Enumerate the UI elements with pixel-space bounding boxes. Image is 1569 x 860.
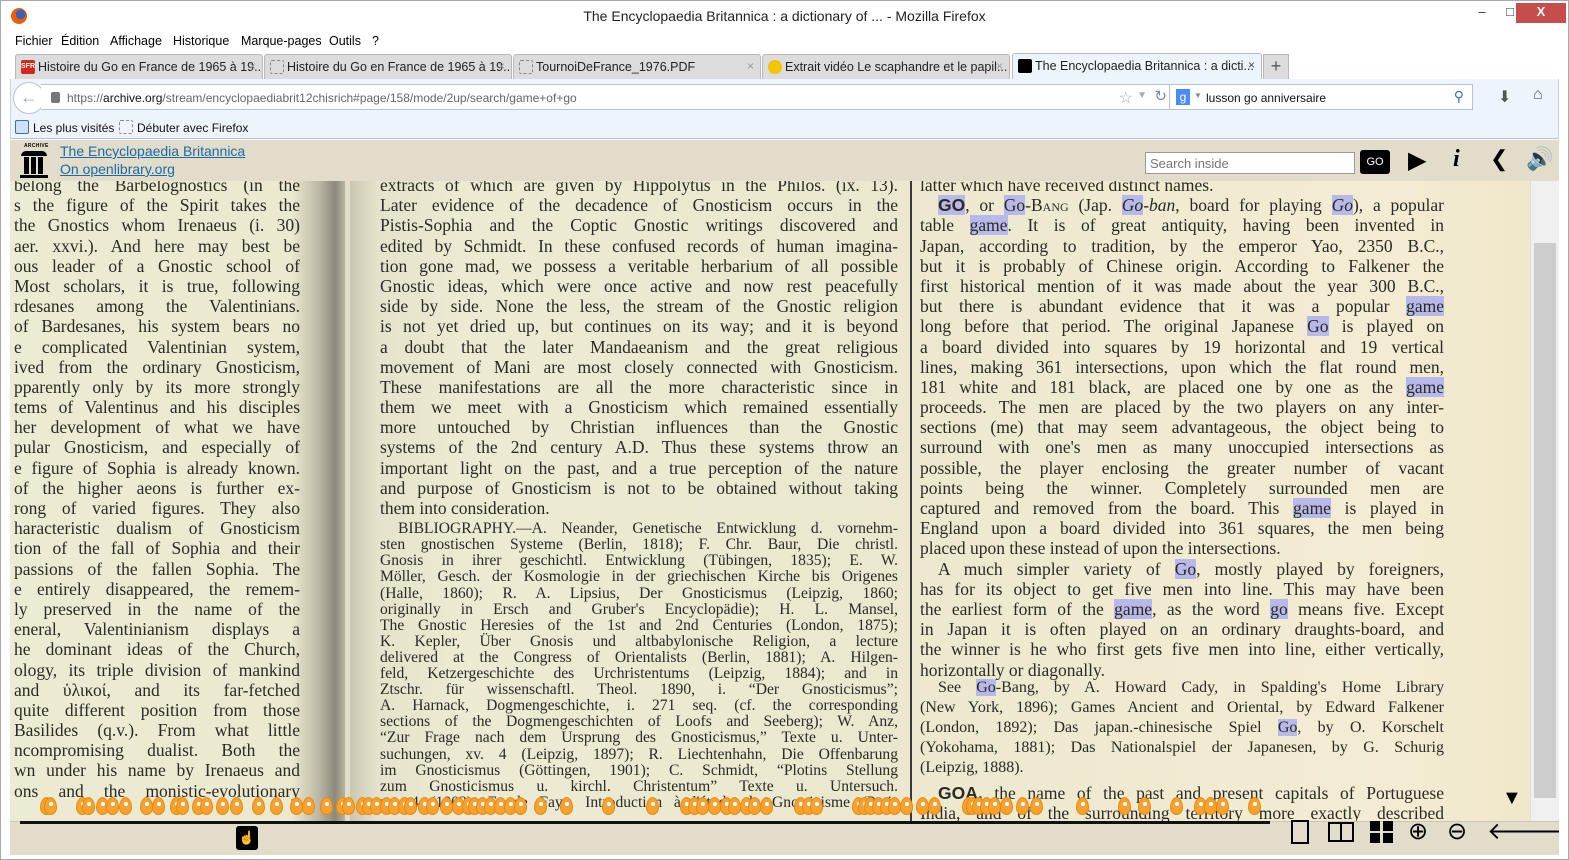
history-dropdown-icon[interactable]: ▼	[1137, 90, 1147, 101]
go-button[interactable]: GO	[1360, 150, 1390, 174]
search-result-marker[interactable]	[44, 797, 57, 815]
page-line: lines, making 361 intersections, upon wh…	[920, 357, 1444, 377]
close-window-button[interactable]: X	[1516, 3, 1566, 23]
archive-icon	[1018, 59, 1032, 73]
page-line: tion of the fall of Sophia and their	[14, 538, 300, 558]
search-value: lusson go anniversaire	[1206, 91, 1326, 105]
bookmarks-toolbar: Les plus visités Débuter avec Firefox	[10, 116, 1559, 139]
search-result-marker[interactable]	[119, 797, 132, 815]
search-result-marker[interactable]	[404, 797, 417, 815]
lock-icon	[51, 92, 60, 103]
page-line: s the figure of the Spirit takes the	[14, 195, 300, 215]
page-line: but there is abundant evidence that it w…	[920, 296, 1444, 316]
search-result-marker[interactable]	[1016, 797, 1029, 815]
k-icon	[768, 60, 782, 74]
audio-icon[interactable]: 🔊	[1526, 146, 1553, 172]
page-line: These manifestations are all the more ch…	[380, 377, 898, 397]
search-icon[interactable]: ⚲	[1454, 88, 1464, 105]
page-line: Most scholars, it is true, following	[14, 276, 300, 296]
menu-fichier[interactable]: Fichier	[15, 34, 53, 48]
page-line: points being the winner. Completely surr…	[920, 478, 1444, 498]
search-result-marker[interactable]	[426, 797, 439, 815]
download-icon[interactable]: ⬇	[1498, 87, 1511, 107]
page-line: K. Kepler, Über Gnosis und altbabylonisc…	[380, 634, 898, 650]
openlibrary-link[interactable]: On openlibrary.org	[60, 160, 175, 178]
page-line: is not yet dried up, but continues on it…	[380, 316, 898, 336]
search-result-marker[interactable]	[1170, 797, 1183, 815]
page-line: pular Gnosticism, and especially of	[14, 437, 300, 457]
page-line: Japan, according to tradition, by the em…	[920, 236, 1444, 256]
reload-icon[interactable]: ↻	[1154, 87, 1167, 105]
page-line: movement of Mani are most closely connec…	[380, 357, 898, 377]
search-result-marker[interactable]	[1248, 797, 1261, 815]
page-line: originally in Ersch and Gruber's Encyclo…	[380, 602, 898, 618]
tab-histoire-go-2[interactable]: Histoire du Go en France de 1965 à 19...…	[264, 54, 512, 79]
minimize-button[interactable]: –	[1469, 3, 1495, 23]
page-line: quite different position from those	[14, 700, 300, 720]
page-line: zum Gnosticismus u. kirchl. Christentum”…	[380, 779, 898, 795]
url-path: /stream/encyclopaediabrit12chisrich#page…	[162, 91, 576, 105]
page-line: haracteristic dualism of Gnosticism	[14, 518, 300, 538]
page-line: them we meet with a Gnosticism which rem…	[380, 397, 898, 417]
page-line: the Gnostics whom Irenaeus (i. 30)	[14, 215, 300, 235]
two-page-view-icon[interactable]	[1328, 822, 1354, 842]
tab-label: Extrait vidéo Le scaphandre et le papil.…	[785, 60, 1007, 74]
page-line: proceeds. The men are placed by the two …	[920, 397, 1444, 417]
page-line: (New York, 1896); Games Ancient and Orie…	[920, 700, 1444, 720]
url-bar[interactable]: https://archive.org/stream/encyclopaedia…	[41, 84, 1176, 110]
search-result-marker[interactable]	[106, 797, 119, 815]
right-page-text: latter which have received distinct name…	[920, 181, 1444, 821]
close-tab-icon[interactable]: ×	[1248, 58, 1255, 72]
toolbar-toggle-arrow-icon[interactable]: ▼	[1502, 787, 1522, 810]
page-line: ived from the ordinary Gnosticism,	[14, 357, 300, 377]
page-line: im Gnosticismus (Göttingen, 1901); C. Sc…	[380, 763, 898, 779]
page-line: Pistis-Sophia and the Coptic Gnostic wri…	[380, 215, 898, 235]
close-tab-icon[interactable]: ×	[498, 59, 505, 73]
search-result-marker[interactable]	[514, 797, 527, 815]
google-icon[interactable]: g	[1176, 89, 1190, 105]
page-line: e figure of Sophia is already known.	[14, 458, 300, 478]
page-line: rong of varied figures. They also	[14, 498, 300, 518]
page-line: the earliest form of the game, as the wo…	[920, 599, 1444, 619]
title-bar: The Encyclopaedia Britannica : a diction…	[1, 1, 1568, 31]
page-line: her development of what we have	[14, 417, 300, 437]
bookmark-label: Débuter avec Firefox	[137, 121, 248, 135]
search-result-marker[interactable]	[1030, 797, 1043, 815]
page-line: systems of the 2nd century A.D. Thus the…	[380, 437, 898, 457]
page-line: sections (me) that may seem advantageous…	[920, 417, 1444, 437]
page-line: a board divided into squares by 19 horiz…	[920, 337, 1444, 357]
page-line: Basilides (q.v.). From what little	[14, 720, 300, 740]
zoom-out-icon[interactable]: ⊖	[1447, 820, 1467, 844]
tab-encyclopaedia[interactable]: The Encyclopaedia Britannica : a dicti..…	[1012, 53, 1262, 80]
page-line: table game. It is of great antiquity, ha…	[920, 215, 1444, 235]
page-line: ncompromising dualist. Both the	[14, 740, 300, 760]
most-visited-icon	[15, 120, 29, 134]
page-line: of Bardesanes, his system bears no	[14, 316, 300, 336]
page-line: captured and removed from the board. Thi…	[920, 498, 1444, 518]
menu-historique[interactable]: Historique	[173, 34, 229, 48]
page-line: suchungen, xv. 4 (Leipzig, 1897); R. Lie…	[380, 747, 898, 763]
page-line: rdesanes among the Valentinians.	[14, 296, 300, 316]
left-page: belong the Barbelognostics (in thes the …	[10, 181, 345, 821]
page-line: surround with one's men as many unoccupi…	[920, 437, 1444, 457]
search-result-marker[interactable]	[302, 797, 315, 815]
page-line: Later evidence of the decadence of Gnost…	[380, 195, 898, 215]
page-line: (Yokohama, 1881); Das Nationalspiel der …	[920, 740, 1444, 760]
menu-marque-pages[interactable]: Marque-pages	[241, 34, 322, 48]
page-line: passions of the fallen Sophia. The	[14, 559, 300, 579]
blank-page-icon	[119, 120, 133, 134]
tab-label: TournoiDeFrance_1976.PDF	[536, 60, 695, 74]
search-result-marker[interactable]	[1138, 797, 1151, 815]
page-line: sections of the Dogmengeschichten of Loo…	[380, 714, 898, 730]
page-content: ARCHIVE The Encyclopaedia Britannica On …	[10, 140, 1559, 855]
search-result-marker[interactable]	[216, 797, 229, 815]
page-line: and purpose of Gnosticism is not to be o…	[380, 478, 898, 498]
tab-extrait-video[interactable]: Extrait vidéo Le scaphandre et le papil.…	[762, 54, 1010, 79]
search-bar[interactable]: g ▼ lusson go anniversaire ⚲	[1169, 84, 1473, 110]
search-result-marker[interactable]	[320, 797, 333, 815]
firefox-window: The Encyclopaedia Britannica : a diction…	[0, 0, 1569, 860]
home-icon[interactable]: ⌂	[1533, 86, 1543, 104]
search-result-marker[interactable]	[1076, 797, 1089, 815]
page-line: A much simpler variety of Go, mostly pla…	[920, 559, 1444, 579]
page-line: (Leipzig, 1888).	[920, 760, 1444, 780]
search-result-marker[interactable]	[602, 797, 615, 815]
tab-label: Histoire du Go en France de 1965 à 19...	[287, 60, 512, 74]
page-line: sten gnostischen Systeme (Berlin, 1818);…	[380, 537, 898, 553]
thumbnail-view-icon[interactable]	[1370, 821, 1394, 843]
search-inside-input[interactable]	[1145, 152, 1355, 174]
menu-help[interactable]: ?	[372, 34, 379, 48]
page-line: tems of Valentinus and his disciples	[14, 397, 300, 417]
page-line: edited by Schmidt. In these confused rec…	[380, 236, 898, 256]
search-result-marker[interactable]	[646, 797, 659, 815]
search-result-marker[interactable]	[534, 797, 547, 815]
page-line: England upon a board divided into 361 sq…	[920, 518, 1444, 538]
search-result-marker[interactable]	[270, 797, 283, 815]
bookmark-star-icon[interactable]: ☆	[1119, 88, 1133, 108]
search-result-marker[interactable]	[1118, 797, 1131, 815]
page-line: eneral, Valentinianism displays a	[14, 619, 300, 639]
blank-page-icon	[270, 60, 284, 74]
page-line: e complicated Valentinian system,	[14, 337, 300, 357]
share-icon[interactable]: ❮	[1490, 146, 1508, 172]
page-line: and ὑλικοί, and its far-fetched	[14, 680, 300, 700]
page-slider-handle[interactable]: ☝	[236, 826, 258, 850]
page-line: “Zur Frage nach dem Ursprung des Gnostic…	[380, 730, 898, 746]
tab-strip: SFR Histoire du Go en France de 1965 à 1…	[1, 53, 1568, 79]
menu-affichage[interactable]: Affichage	[110, 34, 162, 48]
bibliography: BIBLIOGRAPHY.—A. Neander, Genetische Ent…	[380, 521, 898, 811]
page-line: first historical mention of it was made …	[920, 276, 1444, 296]
page-slider-track[interactable]	[20, 821, 1270, 824]
page-line: latter which have received distinct name…	[920, 181, 1444, 195]
page-line: side by side. None the less, the stream …	[380, 296, 898, 316]
page-line: See Go-Bang, by A. Howard Cady, in Spald…	[920, 680, 1444, 700]
search-result-marker[interactable]	[82, 797, 95, 815]
search-result-marker[interactable]	[760, 797, 773, 815]
menu-outils[interactable]: Outils	[329, 34, 361, 48]
page-line: the winner is he who first gets five men…	[920, 639, 1444, 659]
url-prefix: https://	[67, 91, 103, 105]
tab-label: The Encyclopaedia Britannica : a dicti..…	[1035, 59, 1254, 73]
blank-page-icon	[519, 60, 533, 74]
page-line: Gnosis in ihrer geschichtl. Entwicklung …	[380, 553, 898, 569]
bookreader-header: ARCHIVE The Encyclopaedia Britannica On …	[10, 140, 1559, 181]
next-page-icon[interactable]: 🡒	[1526, 820, 1559, 844]
page-line: pparently only by its more strongly	[14, 377, 300, 397]
page-line: (Halle, 1860); R. A. Lipsius, Der Gnosti…	[380, 586, 898, 602]
zoom-in-icon[interactable]: ⊕	[1408, 820, 1428, 844]
right-page: latter which have received distinct name…	[910, 181, 1530, 821]
search-result-marker[interactable]	[560, 797, 573, 815]
page-line: belong the Barbelognostics (in the	[14, 181, 300, 195]
close-tab-icon[interactable]: ×	[249, 59, 256, 73]
middle-page: extracts of which are given by Hippolytu…	[350, 181, 910, 821]
sfr-icon: SFR	[21, 60, 35, 74]
close-tab-icon[interactable]: ×	[996, 59, 1003, 73]
page-line: has for its object to get five men into …	[920, 579, 1444, 599]
tab-label: Histoire du Go en France de 1965 à 19...	[38, 60, 263, 74]
navigation-bar: ← https://archive.org/stream/encyclopaed…	[10, 79, 1559, 116]
menu-edition[interactable]: Édition	[61, 34, 99, 48]
search-result-marker[interactable]	[1216, 797, 1229, 815]
page-line: ous leader of a Gnostic school of	[14, 256, 300, 276]
play-icon[interactable]: ▶	[1408, 146, 1426, 175]
page-line: horizontally or diagonally.	[920, 660, 1444, 680]
vertical-scrollbar[interactable]	[1530, 181, 1559, 821]
one-page-view-icon[interactable]	[1291, 820, 1309, 844]
page-line: long before that period. The original Ja…	[920, 316, 1444, 336]
page-line: but it is probably of Chinese origin. Ac…	[920, 256, 1444, 276]
page-line: Ztschr. für wissenschaftl. Theol. 1890, …	[380, 682, 898, 698]
search-result-marker[interactable]	[810, 797, 823, 815]
page-line: extracts of which are given by Hippolytu…	[380, 181, 898, 195]
search-result-marker[interactable]	[152, 797, 165, 815]
tab-histoire-go-1[interactable]: SFR Histoire du Go en France de 1965 à 1…	[15, 54, 263, 79]
page-line: (London, 1892); Das japan.-chinesische S…	[920, 720, 1444, 740]
search-result-marker[interactable]	[230, 797, 243, 815]
page-line: Möller, Gesch. der Kosmologie in der gri…	[380, 569, 898, 585]
page-line: them into consideration.	[380, 498, 898, 518]
bookmark-most-visited[interactable]: Les plus visités	[13, 121, 114, 135]
page-line: of the higher aeons is further ex-	[14, 478, 300, 498]
tab-tournoi-pdf[interactable]: TournoiDeFrance_1976.PDF ×	[513, 54, 761, 79]
page-line: feld, Ketzergeschichte des Urchristentum…	[380, 666, 898, 682]
page-line: placed upon these instead of upon the in…	[920, 538, 1444, 558]
middle-page-text: extracts of which are given by Hippolytu…	[380, 181, 898, 811]
page-line: more untouched by Christian influences t…	[380, 417, 898, 437]
book-title-link[interactable]: The Encyclopaedia Britannica	[60, 142, 245, 160]
search-result-marker[interactable]	[342, 797, 355, 815]
search-result-marker[interactable]	[176, 797, 189, 815]
page-line: aer. xxvi.). And here may best be	[14, 236, 300, 256]
page-line: BIBLIOGRAPHY.—A. Neander, Genetische Ent…	[380, 521, 898, 537]
search-result-marker[interactable]	[200, 797, 213, 815]
page-line: ly preserved in the name of the	[14, 599, 300, 619]
engine-dropdown-icon[interactable]: ▼	[1194, 91, 1202, 100]
page-line: 181 white and 181 black, are placed one …	[920, 377, 1444, 397]
close-tab-icon[interactable]: ×	[747, 59, 754, 73]
book-spread: belong the Barbelognostics (in thes the …	[10, 181, 1530, 821]
page-line: A. Harnack, Dogmengeschichte, i. 271 seq…	[380, 698, 898, 714]
page-line: e entirely disappeared, the remem-	[14, 579, 300, 599]
menu-bar: Fichier Édition Affichage Historique Mar…	[1, 32, 1568, 52]
page-line: a doubt that the later Mandaeanism and t…	[380, 337, 898, 357]
logo-text: ARCHIVE	[24, 143, 49, 149]
search-result-marker[interactable]	[900, 797, 913, 815]
go-entry-heading: GO, or Go-Bang (Jap. Go-ban, board for p…	[920, 195, 1444, 215]
page-line: delivered at the Congress of Orientalist…	[380, 650, 898, 666]
bookmark-label: Les plus visités	[33, 121, 114, 135]
bookmark-getting-started[interactable]: Débuter avec Firefox	[117, 121, 248, 135]
page-line: in Japan it is often played on an ordina…	[920, 619, 1444, 639]
page-line: Gnostic ideas, which were once active an…	[380, 276, 898, 296]
new-tab-button[interactable]: +	[1263, 54, 1289, 79]
internet-archive-logo-icon[interactable]: ARCHIVE	[17, 143, 51, 179]
window-title: The Encyclopaedia Britannica : a diction…	[1, 8, 1568, 24]
page-line: important light on the past, and a true …	[380, 458, 898, 478]
left-page-text: belong the Barbelognostics (in thes the …	[14, 181, 300, 801]
scrollbar-thumb[interactable]	[1534, 243, 1556, 798]
page-line: possible, the player enclosing the great…	[920, 458, 1444, 478]
page-line: The Gnostic Heresies of the 1st and 2nd …	[380, 618, 898, 634]
page-line: ology, its triple division of mankind	[14, 660, 300, 680]
search-result-marker[interactable]	[928, 797, 941, 815]
page-line: he dominant ideas of the Church,	[14, 639, 300, 659]
page-line: wn under his name by Irenaeus and	[14, 760, 300, 780]
info-icon[interactable]: i	[1453, 146, 1460, 173]
search-result-marker[interactable]	[1000, 797, 1013, 815]
page-line: tion gone mad, we possess a veritable he…	[380, 256, 898, 276]
url-host: archive.org	[103, 91, 162, 105]
search-result-marker[interactable]	[252, 797, 265, 815]
